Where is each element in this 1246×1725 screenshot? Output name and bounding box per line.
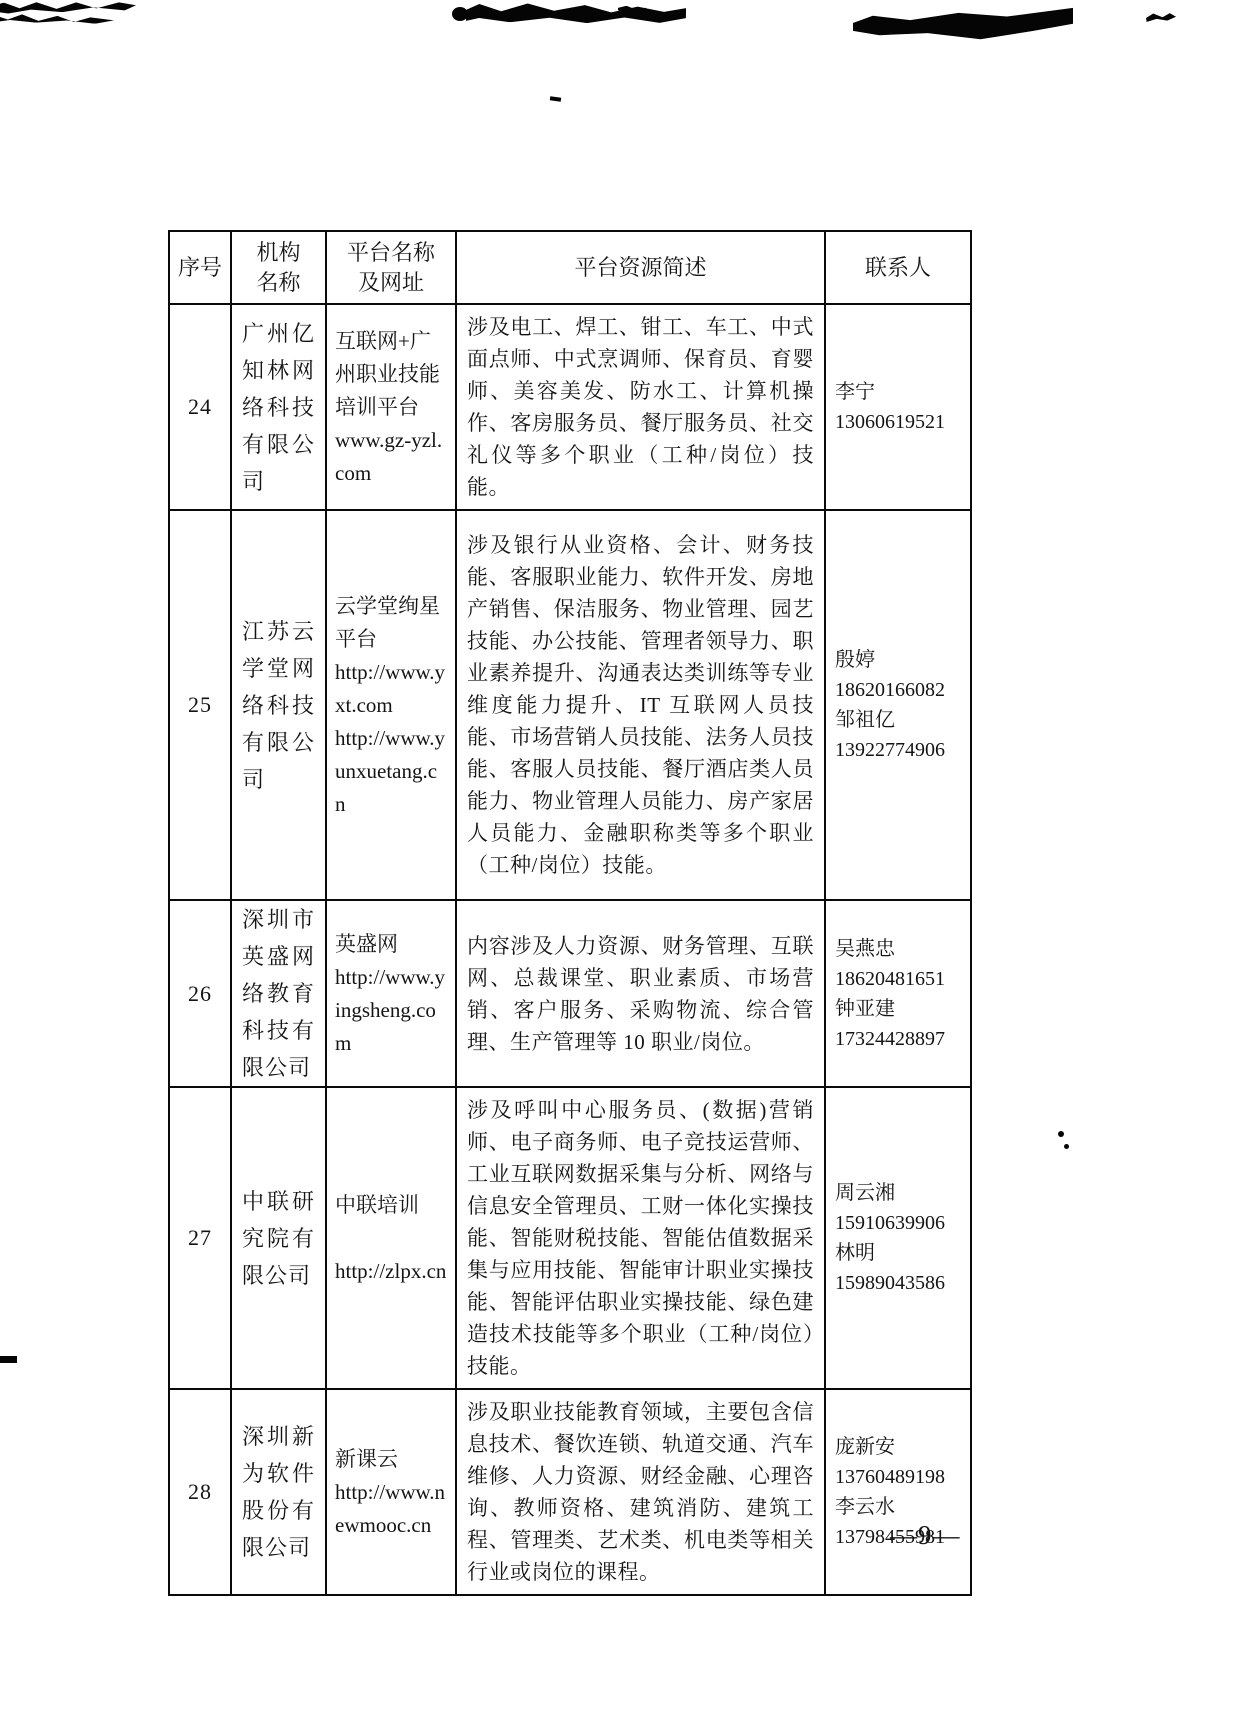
cell-organization-name: 江苏云学堂网络科技有限公司: [231, 510, 326, 900]
header-platform-resources: 平台资源简述: [456, 231, 825, 304]
cell-contact-person: 李宁 13060619521: [825, 304, 971, 510]
cell-platform-name-url: 英盛网 http://www.yingsheng.com: [326, 900, 456, 1087]
table-row: 26 深圳市英盛网络教育科技有限公司 英盛网 http://www.yingsh…: [169, 900, 971, 1087]
cell-organization-name: 中联研究院有限公司: [231, 1087, 326, 1389]
cell-contact-person: 庞新安 13760489198 李云水 13798455981: [825, 1389, 971, 1595]
table-row: 27 中联研究院有限公司 中联培训 http://zlpx.cn 涉及呼叫中心服…: [169, 1087, 971, 1389]
scan-speck: [1146, 12, 1176, 22]
header-platform-name-url: 平台名称 及网址: [326, 231, 456, 304]
scan-speck: [1064, 1144, 1069, 1149]
cell-resource-description: 涉及呼叫中心服务员、(数据)营销师、电子商务师、电子竞技运营师、工业互联网数据采…: [456, 1087, 825, 1389]
scan-smudge-top-left-2: [0, 13, 114, 24]
scan-smudge-top-left-1: [0, 0, 136, 14]
page-number: —9—: [890, 1520, 961, 1551]
cell-serial-number: 24: [169, 304, 231, 510]
scan-speck: [1058, 1131, 1064, 1137]
cell-platform-name-url: 云学堂绚星平台 http://www.yxt.com http://www.yu…: [326, 510, 456, 900]
cell-contact-person: 周云湘 15910639906 林明 15989043586: [825, 1087, 971, 1389]
scan-smudge-top-center-dot: [452, 7, 468, 21]
scan-smudge-top-center-bar: [466, 2, 686, 24]
cell-serial-number: 27: [169, 1087, 231, 1389]
table-row: 25 江苏云学堂网络科技有限公司 云学堂绚星平台 http://www.yxt.…: [169, 510, 971, 900]
cell-contact-person: 吴燕忠 18620481651 钟亚建 17324428897: [825, 900, 971, 1087]
cell-resource-description: 涉及银行从业资格、会计、财务技能、客服职业能力、软件开发、房地产销售、保洁服务、…: [456, 510, 825, 900]
scan-speck: [550, 96, 561, 101]
cell-serial-number: 26: [169, 900, 231, 1087]
cell-platform-name-url: 中联培训 http://zlpx.cn: [326, 1087, 456, 1389]
cell-organization-name: 广州亿知林网络科技有限公司: [231, 304, 326, 510]
scan-smudge-top-right: [853, 5, 1073, 41]
cell-resource-description: 内容涉及人力资源、财务管理、互联网、总裁课堂、职业素质、市场营销、客户服务、采购…: [456, 900, 825, 1087]
cell-platform-name-url: 新课云 http://www.newmooc.cn: [326, 1389, 456, 1595]
scan-speck-left-margin: [0, 1356, 17, 1363]
cell-resource-description: 涉及职业技能教育领域，主要包含信息技术、餐饮连锁、轨道交通、汽车维修、人力资源、…: [456, 1389, 825, 1595]
platform-resource-table: 序号 机构 名称 平台名称 及网址 平台资源简述 联系人 24 广州亿知林网络科…: [168, 230, 972, 1596]
cell-organization-name: 深圳市英盛网络教育科技有限公司: [231, 900, 326, 1087]
table-row: 28 深圳新为软件股份有限公司 新课云 http://www.newmooc.c…: [169, 1389, 971, 1595]
cell-contact-person: 殷婷 18620166082 邹祖亿 13922774906: [825, 510, 971, 900]
cell-resource-description: 涉及电工、焊工、钳工、车工、中式面点师、中式烹调师、保育员、育婴师、美容美发、防…: [456, 304, 825, 510]
table-row: 24 广州亿知林网络科技有限公司 互联网+广州职业技能培训平台 www.gz-y…: [169, 304, 971, 510]
cell-organization-name: 深圳新为软件股份有限公司: [231, 1389, 326, 1595]
cell-serial-number: 25: [169, 510, 231, 900]
header-organization-name: 机构 名称: [231, 231, 326, 304]
header-serial-number: 序号: [169, 231, 231, 304]
header-contact-person: 联系人: [825, 231, 971, 304]
cell-serial-number: 28: [169, 1389, 231, 1595]
table-header-row: 序号 机构 名称 平台名称 及网址 平台资源简述 联系人: [169, 231, 971, 304]
cell-platform-name-url: 互联网+广州职业技能培训平台 www.gz-yzl.com: [326, 304, 456, 510]
